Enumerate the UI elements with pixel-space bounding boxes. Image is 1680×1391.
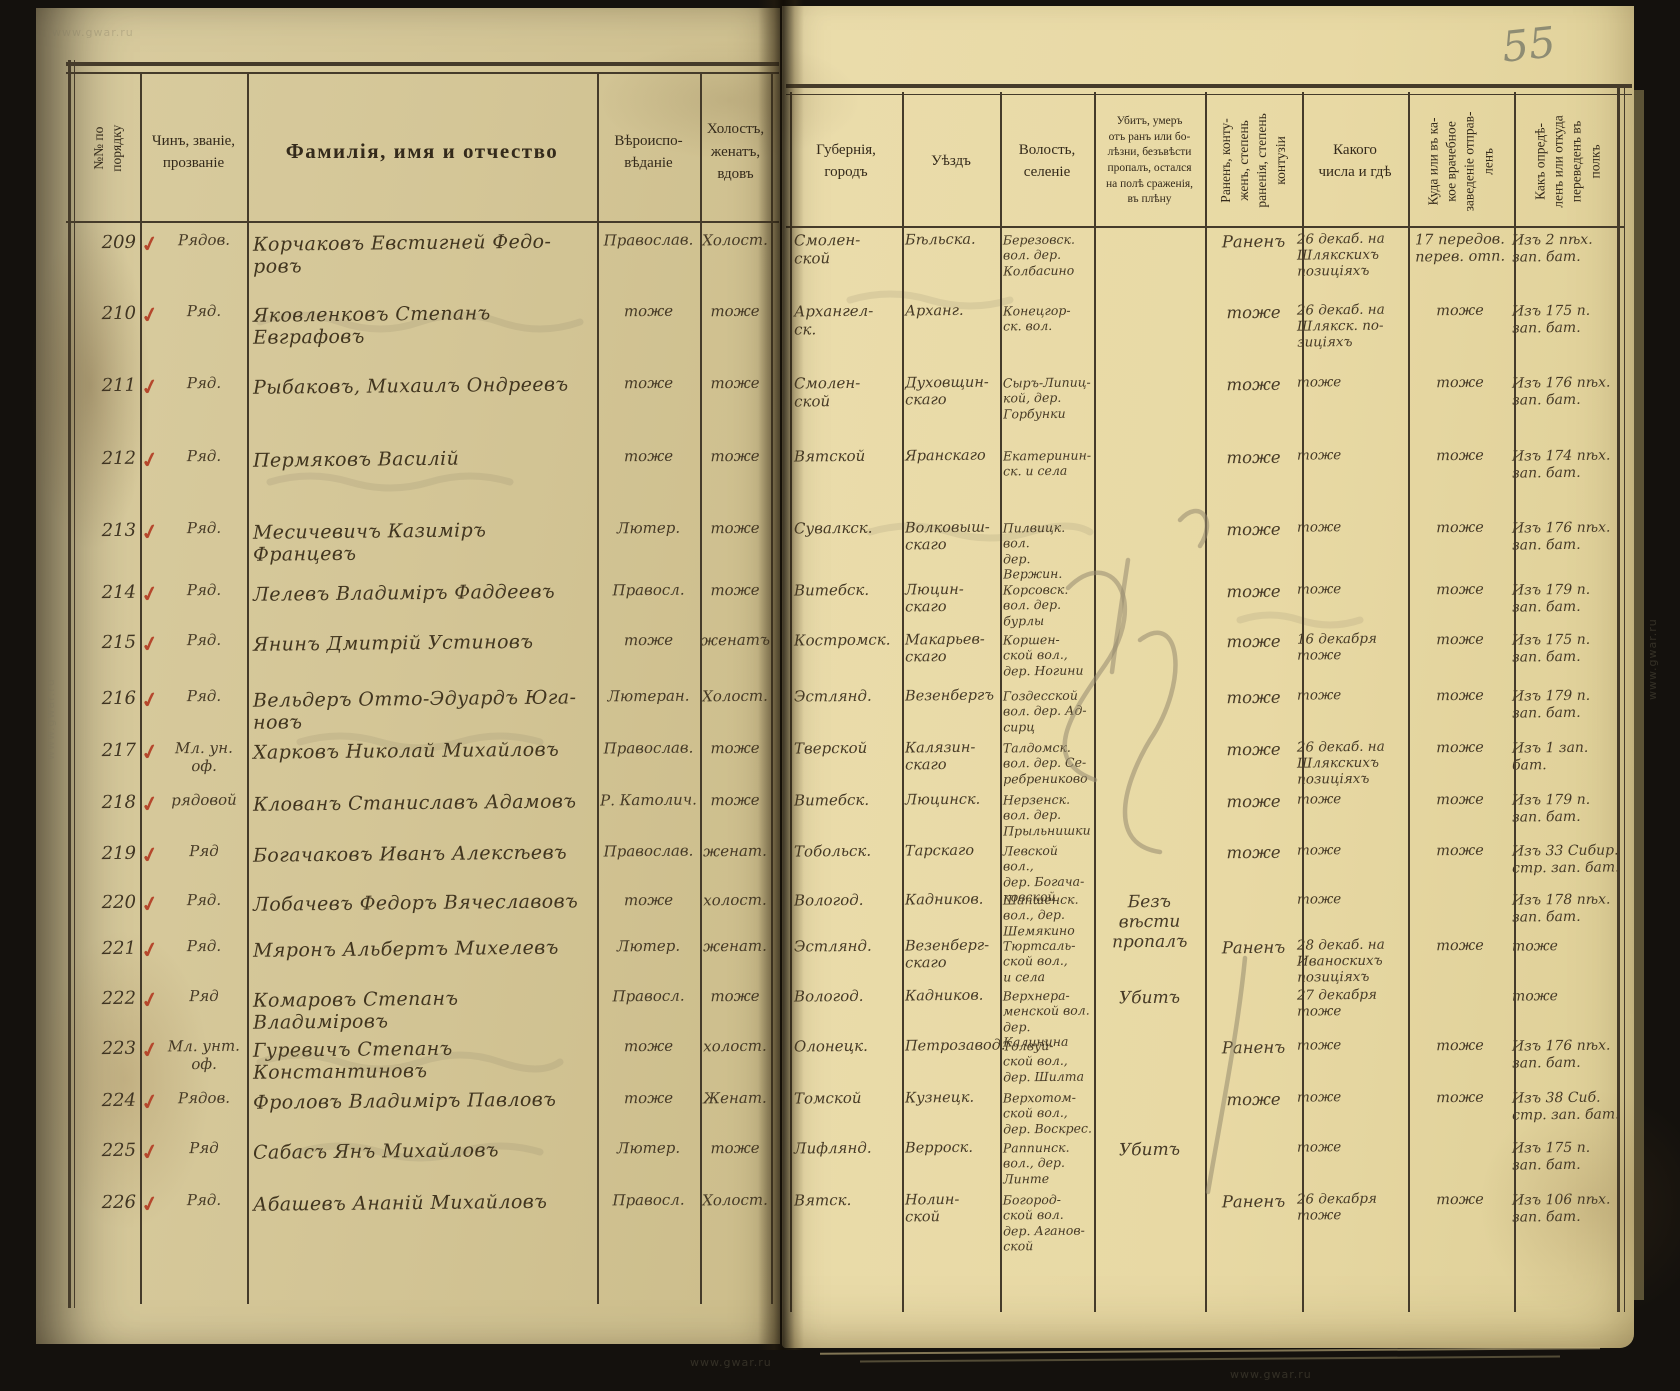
cell-check: ✓ <box>136 446 165 475</box>
cell-rank: Мл. ун. оф. <box>163 740 245 776</box>
cell-marital: Холост. <box>701 232 769 250</box>
cell-gubernia: Вологод. <box>794 987 899 1006</box>
cell-religion: тоже <box>599 1089 698 1108</box>
cell-assigned: Изъ 178 пѣх. зап. бат. <box>1512 891 1624 925</box>
watermark: www.gwar.ru <box>1230 1368 1312 1381</box>
cell-wounded: тоже <box>1207 582 1300 602</box>
cell-rank: Ряд. <box>163 688 245 707</box>
cell-gubernia: Лифлянд. <box>794 1139 899 1158</box>
col-header-gubernia: Губернія, городъ <box>791 100 901 222</box>
cell-rank: Ряд. <box>163 892 245 911</box>
scanned-register-spread: №№ по порядку Чинъ, званіе, прозваніе Фа… <box>0 0 1680 1391</box>
cell-marital: тоже <box>701 582 769 600</box>
cell-check: ✓ <box>136 841 165 870</box>
table-border-rule <box>786 94 1632 95</box>
cell-assigned: тоже <box>1512 987 1624 1005</box>
table-column-rule <box>771 74 773 1304</box>
cell-name: Янинъ Дмитрій Устиновъ <box>253 630 593 656</box>
cell-uezd: Кадников. <box>905 988 998 1006</box>
cell-uezd: Нолин- ской <box>905 1192 998 1227</box>
cell-date-where: тоже <box>1297 1139 1409 1156</box>
cell-name: Месичевичъ Казиміръ Францевъ <box>253 518 593 566</box>
cell-marital: Холост. <box>701 1192 769 1210</box>
cell-date-where: тоже <box>1297 687 1409 704</box>
cell-religion: тоже <box>599 374 698 393</box>
col-header-fate: Убитъ, умеръ отъ ранъ или бо- лѣзни, без… <box>1095 100 1204 222</box>
cell-religion: тоже <box>599 891 698 910</box>
cell-check: ✓ <box>136 373 165 402</box>
page-stack-line <box>820 1347 1600 1354</box>
cell-num: 220 <box>82 892 136 914</box>
cell-assigned: Изъ 33 Сибир. стр. зап. бат. <box>1512 842 1624 876</box>
cell-marital: холост. <box>701 1038 769 1056</box>
col-header-assigned: Какъ опредѣ- ленъ или откуда переведенъ … <box>1515 96 1621 226</box>
cell-wounded: тоже <box>1207 632 1300 652</box>
table-column-rule <box>247 74 249 1304</box>
cell-assigned: Изъ 176 пѣх. зап. бат. <box>1512 1037 1624 1071</box>
cell-check: ✓ <box>136 1138 165 1167</box>
page-number: 55 <box>1500 17 1558 71</box>
page-stack-line <box>860 1356 1560 1363</box>
cell-marital: тоже <box>701 1140 769 1158</box>
cell-volost: Талдомск. вол. дер. Се- ребрениково <box>1003 740 1092 787</box>
cell-check: ✓ <box>136 986 165 1015</box>
cell-wounded: тоже <box>1207 792 1300 812</box>
cell-uezd: Люцинск. <box>905 792 998 810</box>
cell-check: ✓ <box>136 738 165 767</box>
cell-assigned: тоже <box>1512 937 1624 955</box>
cell-religion: Правосл. <box>599 581 698 600</box>
cell-uezd: Люцин- скаго <box>905 582 998 617</box>
cell-volost: Корсовск. вол. дер. бурлы <box>1003 582 1092 629</box>
cell-check: ✓ <box>136 1190 165 1219</box>
cell-name: Рыбаковъ, Михаилъ Ондреевъ <box>253 373 593 399</box>
cell-gubernia: Витебск. <box>794 791 899 810</box>
cell-volost: Екатеринин- ск. и села <box>1003 448 1092 479</box>
cell-volost: Коршен- ской вол., дер. Ногини <box>1003 632 1092 679</box>
cell-num: 226 <box>82 1192 136 1214</box>
cell-religion: тоже <box>599 447 698 466</box>
cell-uezd: Верроск. <box>905 1140 998 1158</box>
cell-volost: Березовск. вол. дер. Колбасино <box>1003 232 1092 279</box>
table-border-rule <box>786 84 1632 88</box>
cell-uezd: Петрозавод. <box>905 1038 998 1056</box>
cell-religion: Лютер. <box>599 519 698 538</box>
cell-sent-to: тоже <box>1408 1037 1512 1055</box>
cell-assigned: Изъ 179 п. зап. бат. <box>1512 791 1624 825</box>
cell-marital: холост. <box>701 892 769 910</box>
cell-wounded: тоже <box>1207 1090 1300 1110</box>
cell-sent-to: тоже <box>1408 687 1512 705</box>
cell-gubernia: Витебск. <box>794 581 899 600</box>
cell-uezd: Везенберг- скаго <box>905 938 998 973</box>
cell-religion: тоже <box>599 302 698 321</box>
cell-gubernia: Тобольск. <box>794 842 899 861</box>
cell-uezd: Бѣльска. <box>905 232 998 250</box>
cell-uezd: Духовщин- скаго <box>905 375 998 410</box>
cell-uezd: Кузнецк. <box>905 1090 998 1108</box>
cell-gubernia: Вологод. <box>794 891 899 910</box>
cell-volost: Конецгор- ск. вол. <box>1003 303 1092 334</box>
cell-date-where: 26 декаб. на Шлякскихъ позиціяхъ <box>1297 231 1409 280</box>
cell-rank: Рядов. <box>163 1090 245 1109</box>
col-header-number: №№ по порядку <box>76 78 140 218</box>
cell-marital: тоже <box>701 303 769 321</box>
page-stack-edge <box>1634 90 1644 1300</box>
cell-name: Яковленковъ Степанъ Евграфовъ <box>253 301 593 349</box>
table-column-rule <box>1624 86 1625 1312</box>
cell-name: Сабасъ Янъ Михайловъ <box>253 1138 593 1164</box>
cell-wounded: тоже <box>1207 520 1300 540</box>
cell-date-where: тоже <box>1297 842 1409 859</box>
cell-num: 218 <box>82 792 136 814</box>
cell-gubernia: Смолен- ской <box>794 231 899 267</box>
cell-rank: Ряд. <box>163 303 245 322</box>
cell-wounded: тоже <box>1207 843 1300 863</box>
col-header-volost: Волость, селеніе <box>1001 100 1093 222</box>
cell-religion: тоже <box>599 631 698 650</box>
cell-marital: женатъ <box>701 632 769 650</box>
col-header-sent-to: Куда или въ ка- кое врачебное заведеніе … <box>1409 96 1513 226</box>
cell-rank: Ряд. <box>163 448 245 467</box>
cell-gubernia: Костромск. <box>794 631 899 650</box>
col-header-wounded: Раненъ, конту- женъ, степень раненія, ст… <box>1206 96 1301 224</box>
cell-gubernia: Архангел- ск. <box>794 302 899 338</box>
cell-religion: Р. Католич. <box>599 791 698 810</box>
table-column-rule <box>1094 92 1096 1312</box>
cell-check: ✓ <box>136 936 165 965</box>
cell-wounded: тоже <box>1207 740 1300 760</box>
cell-gubernia: Олонецк. <box>794 1037 899 1056</box>
cell-name: Харковъ Николай Михайловъ <box>253 738 593 764</box>
cell-wounded: Раненъ <box>1207 1192 1300 1212</box>
cell-date-where: 28 декаб. на Иваноскихъ позиціяхъ <box>1297 937 1409 986</box>
cell-religion: Православ. <box>599 231 698 250</box>
cell-rank: Мл. унт. оф. <box>163 1038 245 1074</box>
cell-assigned: Изъ 175 п. зап. бат. <box>1512 302 1624 336</box>
table-border-rule <box>786 226 1624 228</box>
cell-fate: Убитъ <box>1096 1139 1203 1160</box>
cell-marital: тоже <box>701 375 769 393</box>
cell-uezd: Арханг. <box>905 303 998 321</box>
cell-fate: Безъ вѣсти пропалъ <box>1096 891 1204 952</box>
cell-date-where: тоже <box>1297 374 1409 391</box>
watermark: www.gwar.ru <box>52 26 134 39</box>
cell-name: Клованъ Станиславъ Адамовъ <box>253 790 593 816</box>
col-header-sent-to-text: Куда или въ ка- кое врачебное заведеніе … <box>1425 109 1498 213</box>
col-header-assigned-text: Какъ опредѣ- ленъ или откуда переведенъ … <box>1532 108 1605 214</box>
cell-religion: тоже <box>599 1037 698 1056</box>
cell-wounded: тоже <box>1207 303 1300 323</box>
col-header-number-text: №№ по порядку <box>90 116 126 180</box>
cell-uezd: Калязин- скаго <box>905 740 998 775</box>
table-column-rule <box>1000 92 1002 1312</box>
cell-religion: Правосл. <box>599 1191 698 1210</box>
cell-religion: Православ. <box>599 842 698 861</box>
cell-rank: Ряд. <box>163 375 245 394</box>
cell-check: ✓ <box>136 686 165 715</box>
cell-marital: тоже <box>701 792 769 810</box>
cell-marital: тоже <box>701 740 769 758</box>
watermark: www.gwar.ru <box>1646 618 1659 700</box>
cell-gubernia: Вятск. <box>794 1191 899 1210</box>
cell-rank: Ряд. <box>163 938 245 957</box>
cell-assigned: Изъ 38 Сиб. стр. зап. бат. <box>1512 1089 1624 1123</box>
cell-assigned: Изъ 175 п. зап. бат. <box>1512 631 1624 665</box>
table-column-rule <box>68 60 71 1308</box>
cell-name: Богачаковъ Иванъ Алексѣевъ <box>253 841 593 867</box>
table-column-rule <box>74 60 75 1308</box>
col-header-uezd: Уѣздъ <box>903 100 999 222</box>
col-header-name: Фамилія, имя и отчество <box>249 88 595 216</box>
cell-uezd: Яранскаго <box>905 448 998 466</box>
cell-assigned: Изъ 176 пѣх. зап. бат. <box>1512 374 1624 408</box>
cell-rank: Ряд <box>163 988 245 1007</box>
cell-marital: Женат. <box>701 1090 769 1108</box>
cell-date-where: тоже <box>1297 1037 1409 1054</box>
cell-rank: Ряд <box>163 1140 245 1159</box>
cell-sent-to: тоже <box>1408 1089 1512 1107</box>
cell-sent-to: тоже <box>1408 581 1512 599</box>
cell-uezd: Волковыш- скаго <box>905 520 998 555</box>
cell-marital: женат. <box>701 843 769 861</box>
cell-sent-to: тоже <box>1408 791 1512 809</box>
cell-wounded: тоже <box>1207 448 1300 468</box>
cell-volost: Сыръ-Липиц- кой, дер. Горбунки <box>1003 375 1092 422</box>
table-column-rule <box>790 92 792 1312</box>
cell-marital: тоже <box>701 520 769 538</box>
cell-sent-to: тоже <box>1408 302 1512 320</box>
cell-name: Мяронъ Альбертъ Михелевъ <box>253 936 593 962</box>
cell-sent-to: тоже <box>1408 374 1512 392</box>
cell-date-where: 26 декаб. на Шлякск. по- зиціяхъ <box>1297 302 1409 351</box>
cell-volost: Богород- ской вол. дер. Аганов- ской <box>1003 1192 1093 1254</box>
cell-volost: Толвуй- ской вол., дер. Шилта <box>1003 1038 1092 1085</box>
cell-sent-to: тоже <box>1408 519 1512 537</box>
cell-marital: тоже <box>701 448 769 466</box>
cell-gubernia: Смолен- ской <box>794 374 899 410</box>
table-border-rule <box>66 62 779 66</box>
cell-marital: тоже <box>701 988 769 1006</box>
col-header-rank: Чинъ, званіе, прозваніе <box>141 88 246 216</box>
cell-date-where: 27 декабря тоже <box>1297 987 1409 1020</box>
cell-religion: Православ. <box>599 739 698 758</box>
cell-volost: Нерзенск. вол. дер. Прыльнишки <box>1003 792 1092 839</box>
cell-num: 213 <box>82 520 136 542</box>
cell-num: 210 <box>82 303 136 325</box>
cell-check: ✓ <box>136 301 165 330</box>
cell-wounded: тоже <box>1207 688 1300 708</box>
cell-gubernia: Эстлянд. <box>794 937 899 956</box>
cell-sent-to: тоже <box>1408 631 1512 649</box>
cell-fate: Убитъ <box>1096 987 1203 1008</box>
cell-gubernia: Эстлянд. <box>794 687 899 706</box>
cell-num: 222 <box>82 988 136 1010</box>
cell-num: 212 <box>82 448 136 470</box>
cell-sent-to: тоже <box>1408 842 1512 860</box>
cell-sent-to: тоже <box>1408 937 1512 955</box>
cell-num: 221 <box>82 938 136 960</box>
cell-date-where: тоже <box>1297 447 1409 464</box>
cell-name: Лелевъ Владиміръ Фаддеевъ <box>253 580 593 606</box>
cell-rank: Ряд. <box>163 632 245 651</box>
cell-gubernia: Тверской <box>794 739 899 758</box>
col-header-religion: Вѣроиспо- вѣданіе <box>598 88 699 216</box>
cell-volost: Верхотом- ской вол., дер. Воскрес. <box>1003 1090 1092 1137</box>
cell-gubernia: Сувалкск. <box>794 519 899 538</box>
cell-uezd: Тарскаго <box>905 843 998 861</box>
cell-volost: Гоздесской вол. дер. Ад- сирц <box>1003 688 1092 735</box>
cell-uezd: Кадников. <box>905 892 998 910</box>
cell-num: 216 <box>82 688 136 710</box>
watermark: www.gwar.ru <box>690 1356 772 1369</box>
cell-date-where: тоже <box>1297 1089 1409 1106</box>
cell-religion: Лютеран. <box>599 687 698 706</box>
cell-name: Комаровъ Степанъ Владиміровъ <box>253 986 593 1034</box>
cell-check: ✓ <box>136 790 165 819</box>
cell-num: 211 <box>82 375 136 397</box>
cell-num: 224 <box>82 1090 136 1112</box>
cell-name: Лобачевъ Федоръ Вячеславовъ <box>253 890 593 916</box>
cell-date-where: 26 декабря тоже <box>1297 1191 1409 1224</box>
cell-check: ✓ <box>136 1088 165 1117</box>
cell-uezd: Везенбергъ <box>905 688 998 706</box>
cell-gubernia: Томской <box>794 1089 899 1108</box>
table-border-rule <box>66 221 779 223</box>
cell-wounded: Раненъ <box>1207 938 1300 958</box>
col-header-wounded-text: Раненъ, конту- женъ, степень раненія, ст… <box>1217 113 1290 208</box>
cell-assigned: Изъ 1 зап. бат. <box>1512 739 1624 773</box>
cell-rank: Ряд. <box>163 582 245 601</box>
cell-wounded: Раненъ <box>1207 232 1300 252</box>
cell-sent-to: тоже <box>1408 447 1512 465</box>
cell-date-where: 16 декабря тоже <box>1297 631 1409 664</box>
cell-date-where: 26 декаб. на Шлякскихъ позиціяхъ <box>1297 739 1409 788</box>
cell-rank: Ряд. <box>163 1192 245 1211</box>
cell-assigned: Изъ 176 пѣх. зап. бат. <box>1512 519 1624 553</box>
cell-name: Пермяковъ Василій <box>253 446 593 472</box>
cell-date-where: тоже <box>1297 519 1409 536</box>
cell-assigned: Изъ 174 пѣх. зап. бат. <box>1512 447 1624 481</box>
cell-rank: Ряд. <box>163 520 245 539</box>
cell-assigned: Изъ 179 п. зап. бат. <box>1512 581 1624 615</box>
cell-date-where: тоже <box>1297 891 1409 908</box>
cell-assigned: Изъ 175 п. зап. бат. <box>1512 1139 1624 1173</box>
table-column-rule <box>902 92 904 1312</box>
cell-sent-to: тоже <box>1408 1191 1512 1209</box>
cell-rank: Ряд <box>163 843 245 862</box>
cell-num: 225 <box>82 1140 136 1162</box>
cell-num: 209 <box>82 232 136 254</box>
cell-check: ✓ <box>136 230 165 259</box>
cell-check: ✓ <box>136 630 165 659</box>
table-border-rule <box>66 72 779 74</box>
cell-name: Корчаковъ Евстигней Федо- ровъ <box>253 230 593 278</box>
cell-uezd: Макарьев- скаго <box>905 632 998 667</box>
cell-check: ✓ <box>136 890 165 919</box>
cell-assigned: Изъ 106 пѣх. зап. бат. <box>1512 1191 1624 1225</box>
cell-marital: Холост. <box>701 688 769 706</box>
cell-assigned: Изъ 179 п. зап. бат. <box>1512 687 1624 721</box>
cell-check: ✓ <box>136 1036 165 1065</box>
cell-rank: рядовой <box>163 792 245 811</box>
cell-rank: Рядов. <box>163 232 245 251</box>
cell-name: Гуревичъ Степанъ Константиновъ <box>253 1036 593 1084</box>
cell-name: Фроловъ Владиміръ Павловъ <box>253 1088 593 1114</box>
cell-volost: Пилвицк. вол. дер. Вержин. <box>1003 520 1093 582</box>
cell-check: ✓ <box>136 518 165 547</box>
col-header-marital: Холостъ, женатъ, вдовъ <box>701 88 770 216</box>
cell-date-where: тоже <box>1297 791 1409 808</box>
cell-sent-to: 17 передов. перев. отп. <box>1408 231 1512 266</box>
cell-num: 223 <box>82 1038 136 1060</box>
cell-volost: Шапшенск. вол., дер. Шемякино <box>1003 892 1092 939</box>
cell-name: Вельдеръ Отто-Эдуардъ Юга- новъ <box>253 686 593 734</box>
cell-religion: Правосл. <box>599 987 698 1006</box>
cell-volost: Раппинск. вол., дер. Линте <box>1003 1140 1092 1187</box>
cell-volost: Тюртсаль- ской вол., и села <box>1003 938 1092 985</box>
cell-check: ✓ <box>136 580 165 609</box>
cell-marital: женат. <box>701 938 769 956</box>
cell-date-where: тоже <box>1297 581 1409 598</box>
cell-num: 217 <box>82 740 136 762</box>
cell-num: 215 <box>82 632 136 654</box>
cell-num: 214 <box>82 582 136 604</box>
cell-gubernia: Вятской <box>794 447 899 466</box>
cell-religion: Лютер. <box>599 1139 698 1158</box>
watermark: www.gwar.ru <box>44 678 57 760</box>
cell-wounded: Раненъ <box>1207 1038 1300 1058</box>
cell-wounded: тоже <box>1207 375 1300 395</box>
col-header-date-where: Какого числа и гдѣ <box>1303 100 1407 222</box>
cell-name: Абашевъ Ананій Михайловъ <box>253 1190 593 1216</box>
cell-sent-to: тоже <box>1408 739 1512 757</box>
cell-religion: Лютер. <box>599 937 698 956</box>
cell-num: 219 <box>82 843 136 865</box>
cell-assigned: Изъ 2 пѣх. зап. бат. <box>1512 231 1624 265</box>
